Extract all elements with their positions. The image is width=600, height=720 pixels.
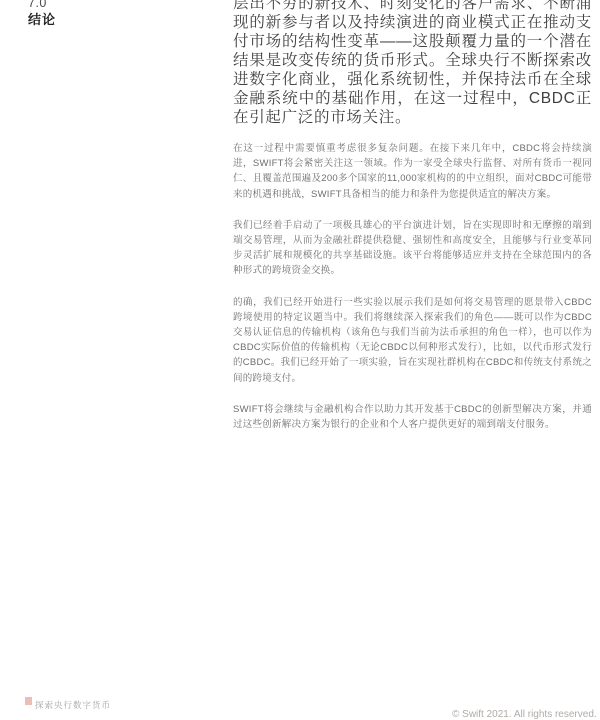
section-title: 结论 bbox=[28, 11, 198, 28]
section-number: 7.0 bbox=[28, 0, 198, 11]
footer-accent-mark-icon bbox=[25, 697, 32, 705]
footer-document-title: 探索央行数字货币 bbox=[35, 696, 111, 711]
body-paragraph: SWIFT将会继续与金融机构合作以助力其开发基于CBDC的创新型解决方案，并通过… bbox=[233, 402, 592, 432]
body-paragraph: 在这一过程中需要慎重考虑很多复杂问题。在接下来几年中，CBDC将会持续演进，SW… bbox=[233, 141, 592, 202]
footer-right-clipped-text: © Swift 2021. All rights reserved. bbox=[452, 708, 600, 720]
document-page: 7.0 结论 层出不穷的新技术、时刻变化的客户需求、不断涌现的新参与者以及持续演… bbox=[0, 0, 600, 720]
section-label: 7.0 结论 bbox=[28, 0, 198, 28]
body-paragraph: 我们已经着手启动了一项极具雄心的平台演进计划，旨在实现即时和无摩擦的端到端交易管… bbox=[233, 218, 592, 279]
lead-paragraph: 层出不穷的新技术、时刻变化的客户需求、不断涌现的新参与者以及持续演进的商业模式正… bbox=[233, 0, 592, 127]
footer-left: 探索央行数字货币 bbox=[25, 696, 111, 711]
main-text-column: 层出不穷的新技术、时刻变化的客户需求、不断涌现的新参与者以及持续演进的商业模式正… bbox=[233, 0, 592, 448]
body-paragraph: 的确，我们已经开始进行一些实验以展示我们是如何将交易管理的愿景带入CBDC跨境使… bbox=[233, 295, 592, 386]
